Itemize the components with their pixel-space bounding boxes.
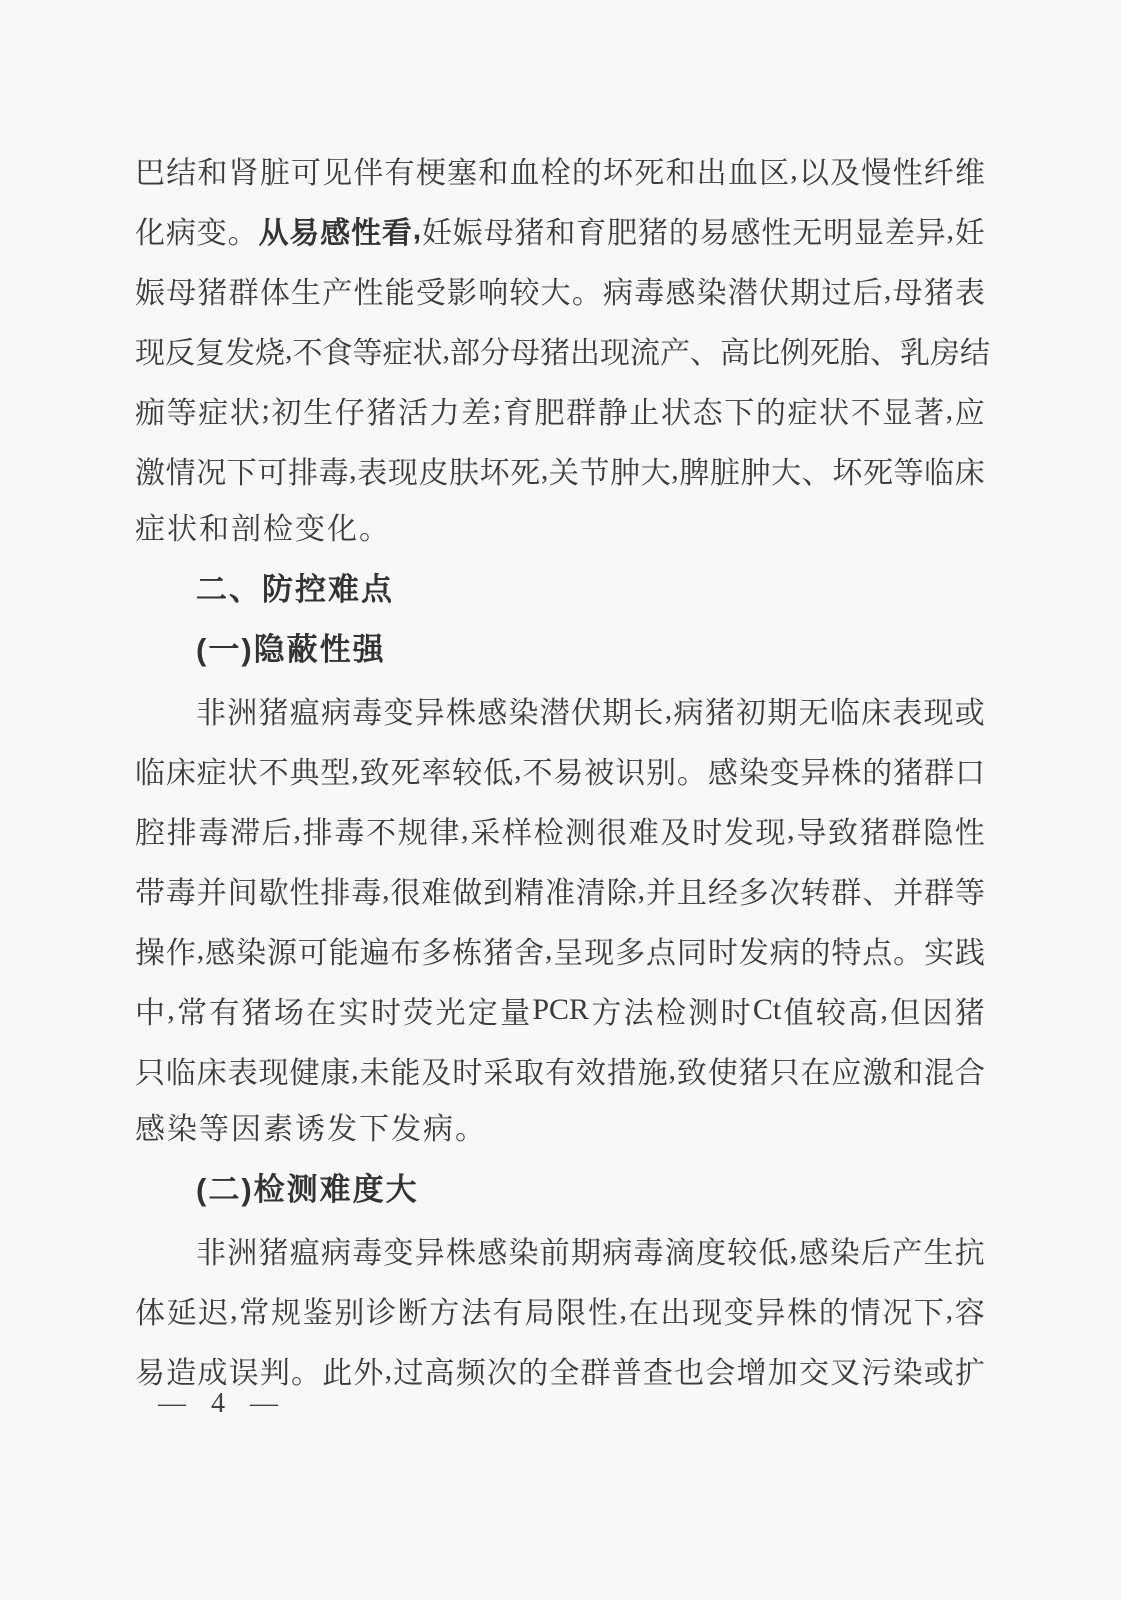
text-line: 感染等因素诱发下发病。 [135,1100,985,1160]
text-line: 操作,感染源可能遍布多栋猪舍,呈现多点同时发病的特点。实践 [135,920,985,980]
text-line: 带毒并间歇性排毒,很难做到精准清除,并且经多次转群、并群等 [135,860,985,920]
text-line: 腔排毒滞后,排毒不规律,采样检测很难及时发现,导致猪群隐性 [135,800,985,860]
text-line: 娠母猪群体生产性能受影响较大。病毒感染潜伏期过后,母猪表 [135,260,985,320]
text-line: 非洲猪瘟病毒变异株感染前期病毒滴度较低,感染后产生抗 [135,1220,985,1280]
text-line: 非洲猪瘟病毒变异株感染潜伏期长,病猪初期无临床表现或 [135,680,985,740]
document-page: 巴结和肾脏可见伴有梗塞和血栓的坏死和出血区,以及慢性纤维化病变。从易感性看,妊娠… [0,0,1121,1600]
text-line: 体延迟,常规鉴别诊断方法有局限性,在出现变异株的情况下,容 [135,1280,985,1340]
heading-line: (二)检测难度大 [135,1160,985,1220]
text-line: 只临床表现健康,未能及时采取有效措施,致使猪只在应激和混合 [135,1040,985,1100]
text-line: 现反复发烧,不食等症状,部分母猪出现流产、高比例死胎、乳房结 [135,320,985,380]
text-line: 痂等症状;初生仔猪活力差;育肥群静止状态下的症状不显著,应 [135,380,985,440]
text-line: 症状和剖检变化。 [135,500,985,560]
page-number: — 4 — [158,1384,287,1424]
text-line: 巴结和肾脏可见伴有梗塞和血栓的坏死和出血区,以及慢性纤维 [135,140,985,200]
document-body: 巴结和肾脏可见伴有梗塞和血栓的坏死和出血区,以及慢性纤维化病变。从易感性看,妊娠… [135,140,985,1400]
text-line: 化病变。从易感性看,妊娠母猪和育肥猪的易感性无明显差异,妊 [135,200,985,260]
heading-line: 二、防控难点 [135,560,985,620]
text-line: 临床症状不典型,致死率较低,不易被识别。感染变异株的猪群口 [135,740,985,800]
text-line: 中,常有猪场在实时荧光定量PCR方法检测时Ct值较高,但因猪 [135,980,985,1040]
heading-line: (一)隐蔽性强 [135,620,985,680]
text-line: 激情况下可排毒,表现皮肤坏死,关节肿大,脾脏肿大、坏死等临床 [135,440,985,500]
